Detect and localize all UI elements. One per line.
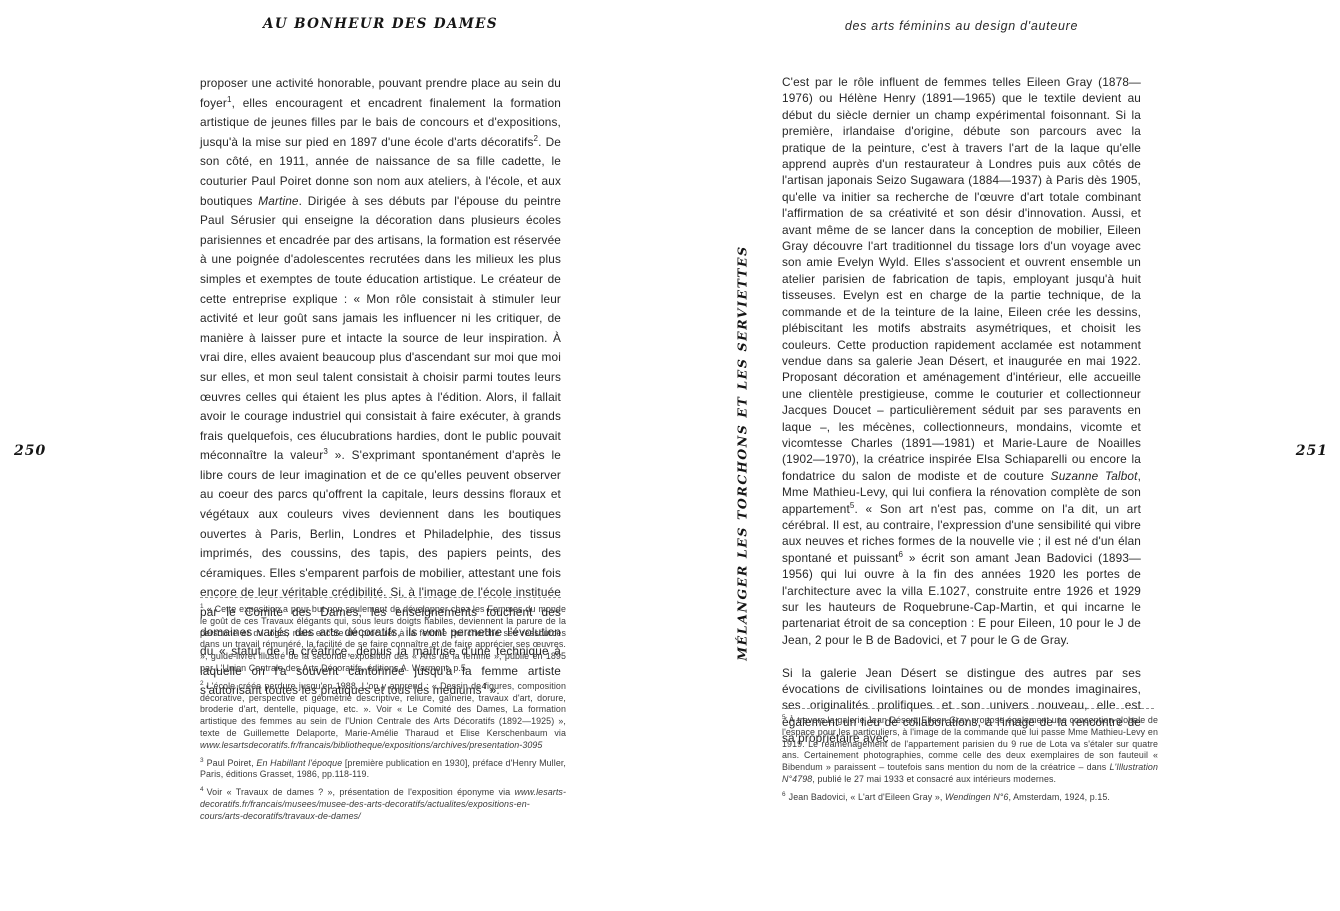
book-spread: AU BONHEUR DES DAMES des arts féminins a… [0, 0, 1340, 911]
footnote-number: 5 [782, 714, 786, 721]
left-page-footnotes: 1« Cette exposition a pour but non seule… [200, 604, 566, 829]
footnote: 1« Cette exposition a pour but non seule… [200, 604, 566, 675]
paragraph: C'est par le rôle influent de femmes tel… [782, 74, 1141, 648]
footnote-number: 1 [200, 603, 204, 610]
footnote: 4Voir « Travaux de dames ? », présentati… [200, 787, 566, 822]
chapter-vertical-title: MÉLANGER LES TORCHONS ET LES SERVIETTES [735, 245, 750, 661]
footnote-number: 3 [200, 757, 204, 764]
right-page-body: C'est par le rôle influent de femmes tel… [782, 74, 1141, 747]
footnote: 5À travers la galerie Jean Désert, Eilee… [782, 715, 1158, 786]
page-number-right: 251 [1296, 443, 1328, 459]
footnote: 6Jean Badovici, « L'art d'Eileen Gray »,… [782, 792, 1158, 804]
footnote-number: 6 [782, 791, 786, 798]
footnote-number: 2 [200, 680, 204, 687]
right-page-footnotes: 5À travers la galerie Jean Désert, Eilee… [782, 715, 1158, 810]
running-head-left: AU BONHEUR DES DAMES [200, 16, 561, 32]
footnote: 3Paul Poiret, En Habillant l'époque [pre… [200, 758, 566, 782]
footnote-rule-right [782, 708, 1154, 709]
page-number-left: 250 [14, 443, 46, 459]
footnote-rule-left [200, 597, 561, 598]
footnote-number: 4 [200, 786, 204, 793]
running-head-right: des arts féminins au design d'auteure [782, 19, 1141, 33]
footnote: 2L'école créée perdure jusqu'en 1988. L'… [200, 681, 566, 752]
